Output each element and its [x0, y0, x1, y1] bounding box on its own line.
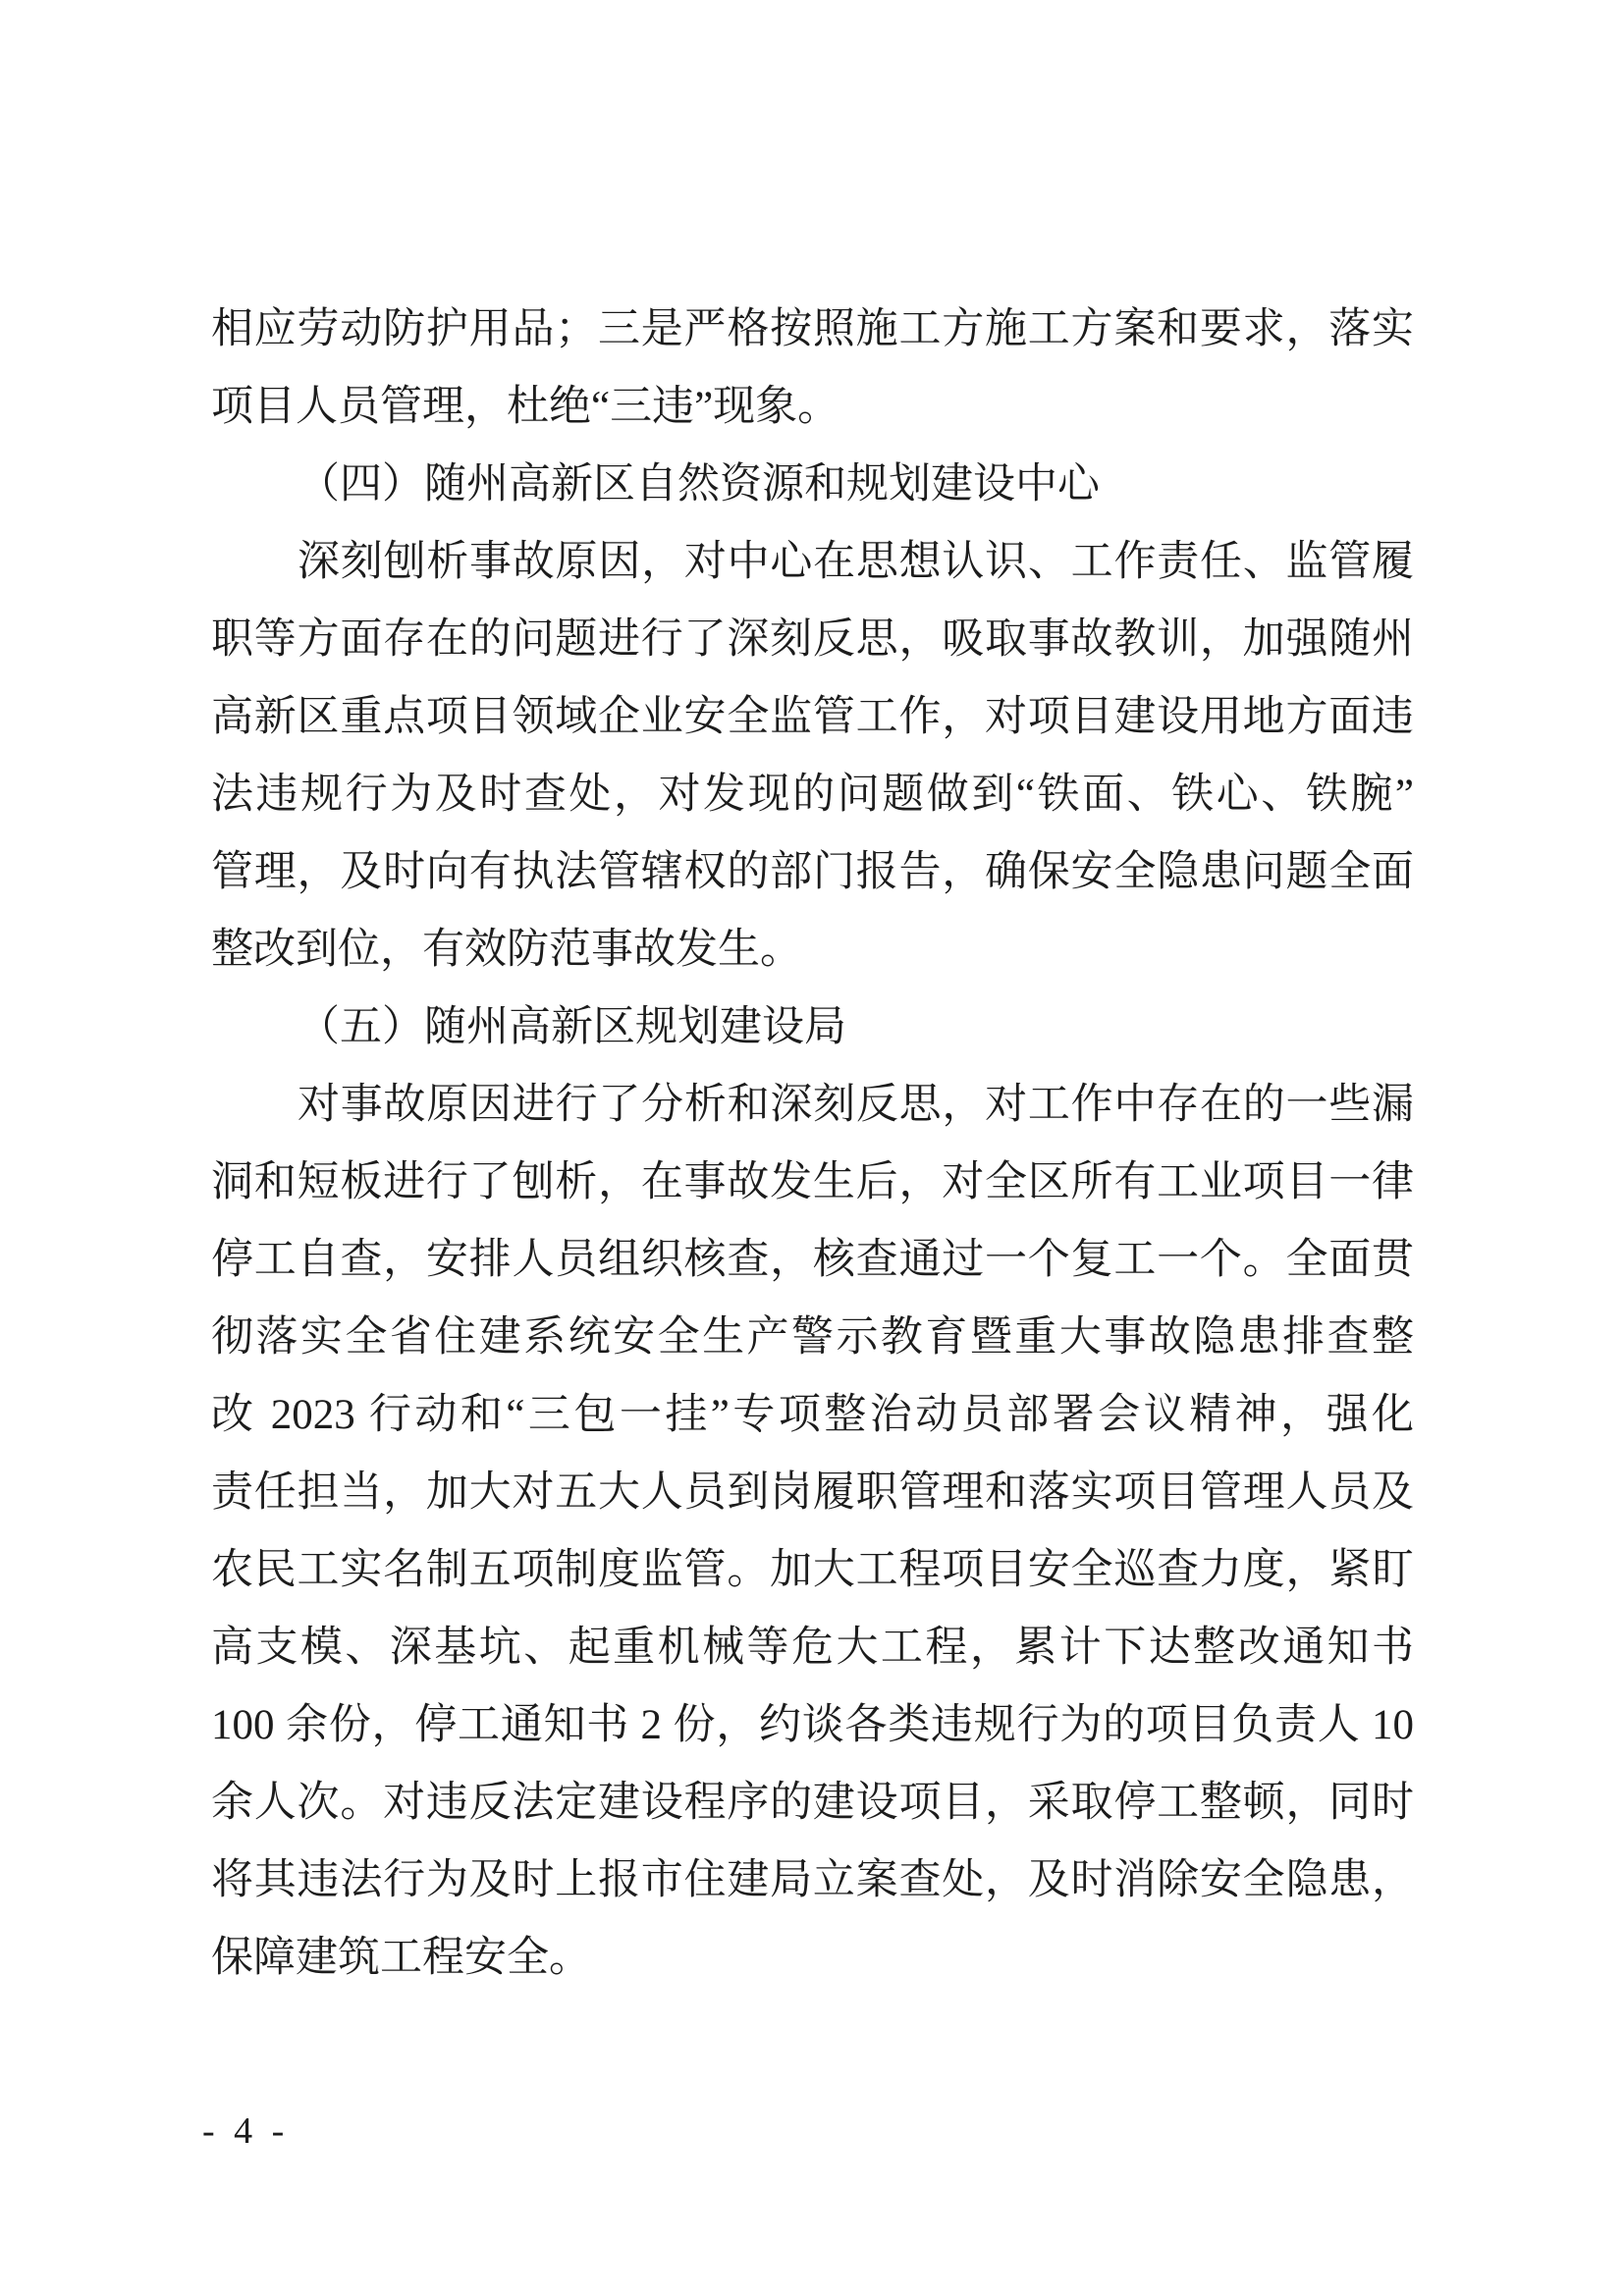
document-line: 职等方面存在的问题进行了深刻反思，吸取事故教训，加强随州	[211, 601, 1414, 678]
document-line: 高新区重点项目领域企业安全监管工作，对项目建设用地方面违	[211, 678, 1414, 756]
section-heading: （五）随州高新区规划建设局	[211, 988, 1414, 1066]
document-line: 余人次。对违反法定建设程序的建设项目，采取停工整顿，同时	[211, 1764, 1414, 1842]
document-line: 100 余份，停工通知书 2 份，约谈各类违规行为的项目负责人 10	[211, 1686, 1414, 1764]
document-line: 彻落实全省住建系统安全生产警示教育暨重大事故隐患排查整	[211, 1299, 1414, 1376]
document-line: 农民工实名制五项制度监管。加大工程项目安全巡查力度，紧盯	[211, 1531, 1414, 1609]
document-line: 停工自查，安排人员组织核查，核查通过一个复工一个。全面贯	[211, 1221, 1414, 1299]
document-line: 项目人员管理，杜绝“三违”现象。	[211, 368, 1414, 446]
document-line: 法违规行为及时查处，对发现的问题做到“铁面、铁心、铁腕”	[211, 756, 1414, 833]
section-heading: （四）随州高新区自然资源和规划建设中心	[211, 446, 1414, 523]
document-line: 将其违法行为及时上报市住建局立案查处，及时消除安全隐患，	[211, 1842, 1414, 1919]
document-line: 改 2023 行动和“三包一挂”专项整治动员部署会议精神，强化	[211, 1376, 1414, 1454]
document-line: 管理，及时向有执法管辖权的部门报告，确保安全隐患问题全面	[211, 833, 1414, 911]
document-line: 深刻刨析事故原因，对中心在思想认识、工作责任、监管履	[211, 523, 1414, 601]
document-line: 责任担当，加大对五大人员到岗履职管理和落实项目管理人员及	[211, 1454, 1414, 1531]
text-block: 相应劳动防护用品；三是严格按照施工方施工方案和要求，落实项目人员管理，杜绝“三违…	[211, 291, 1414, 1997]
document-line: 保障建筑工程安全。	[211, 1919, 1414, 1997]
document-line: 相应劳动防护用品；三是严格按照施工方施工方案和要求，落实	[211, 291, 1414, 368]
document-line: 整改到位，有效防范事故发生。	[211, 911, 1414, 988]
document-line: 洞和短板进行了刨析，在事故发生后，对全区所有工业项目一律	[211, 1144, 1414, 1221]
document-line: 高支模、深基坑、起重机械等危大工程，累计下达整改通知书	[211, 1609, 1414, 1686]
page-number: - 4 -	[202, 2110, 289, 2152]
document-page: 相应劳动防护用品；三是严格按照施工方施工方案和要求，落实项目人员管理，杜绝“三违…	[0, 0, 1624, 2296]
document-line: 对事故原因进行了分析和深刻反思，对工作中存在的一些漏	[211, 1066, 1414, 1144]
